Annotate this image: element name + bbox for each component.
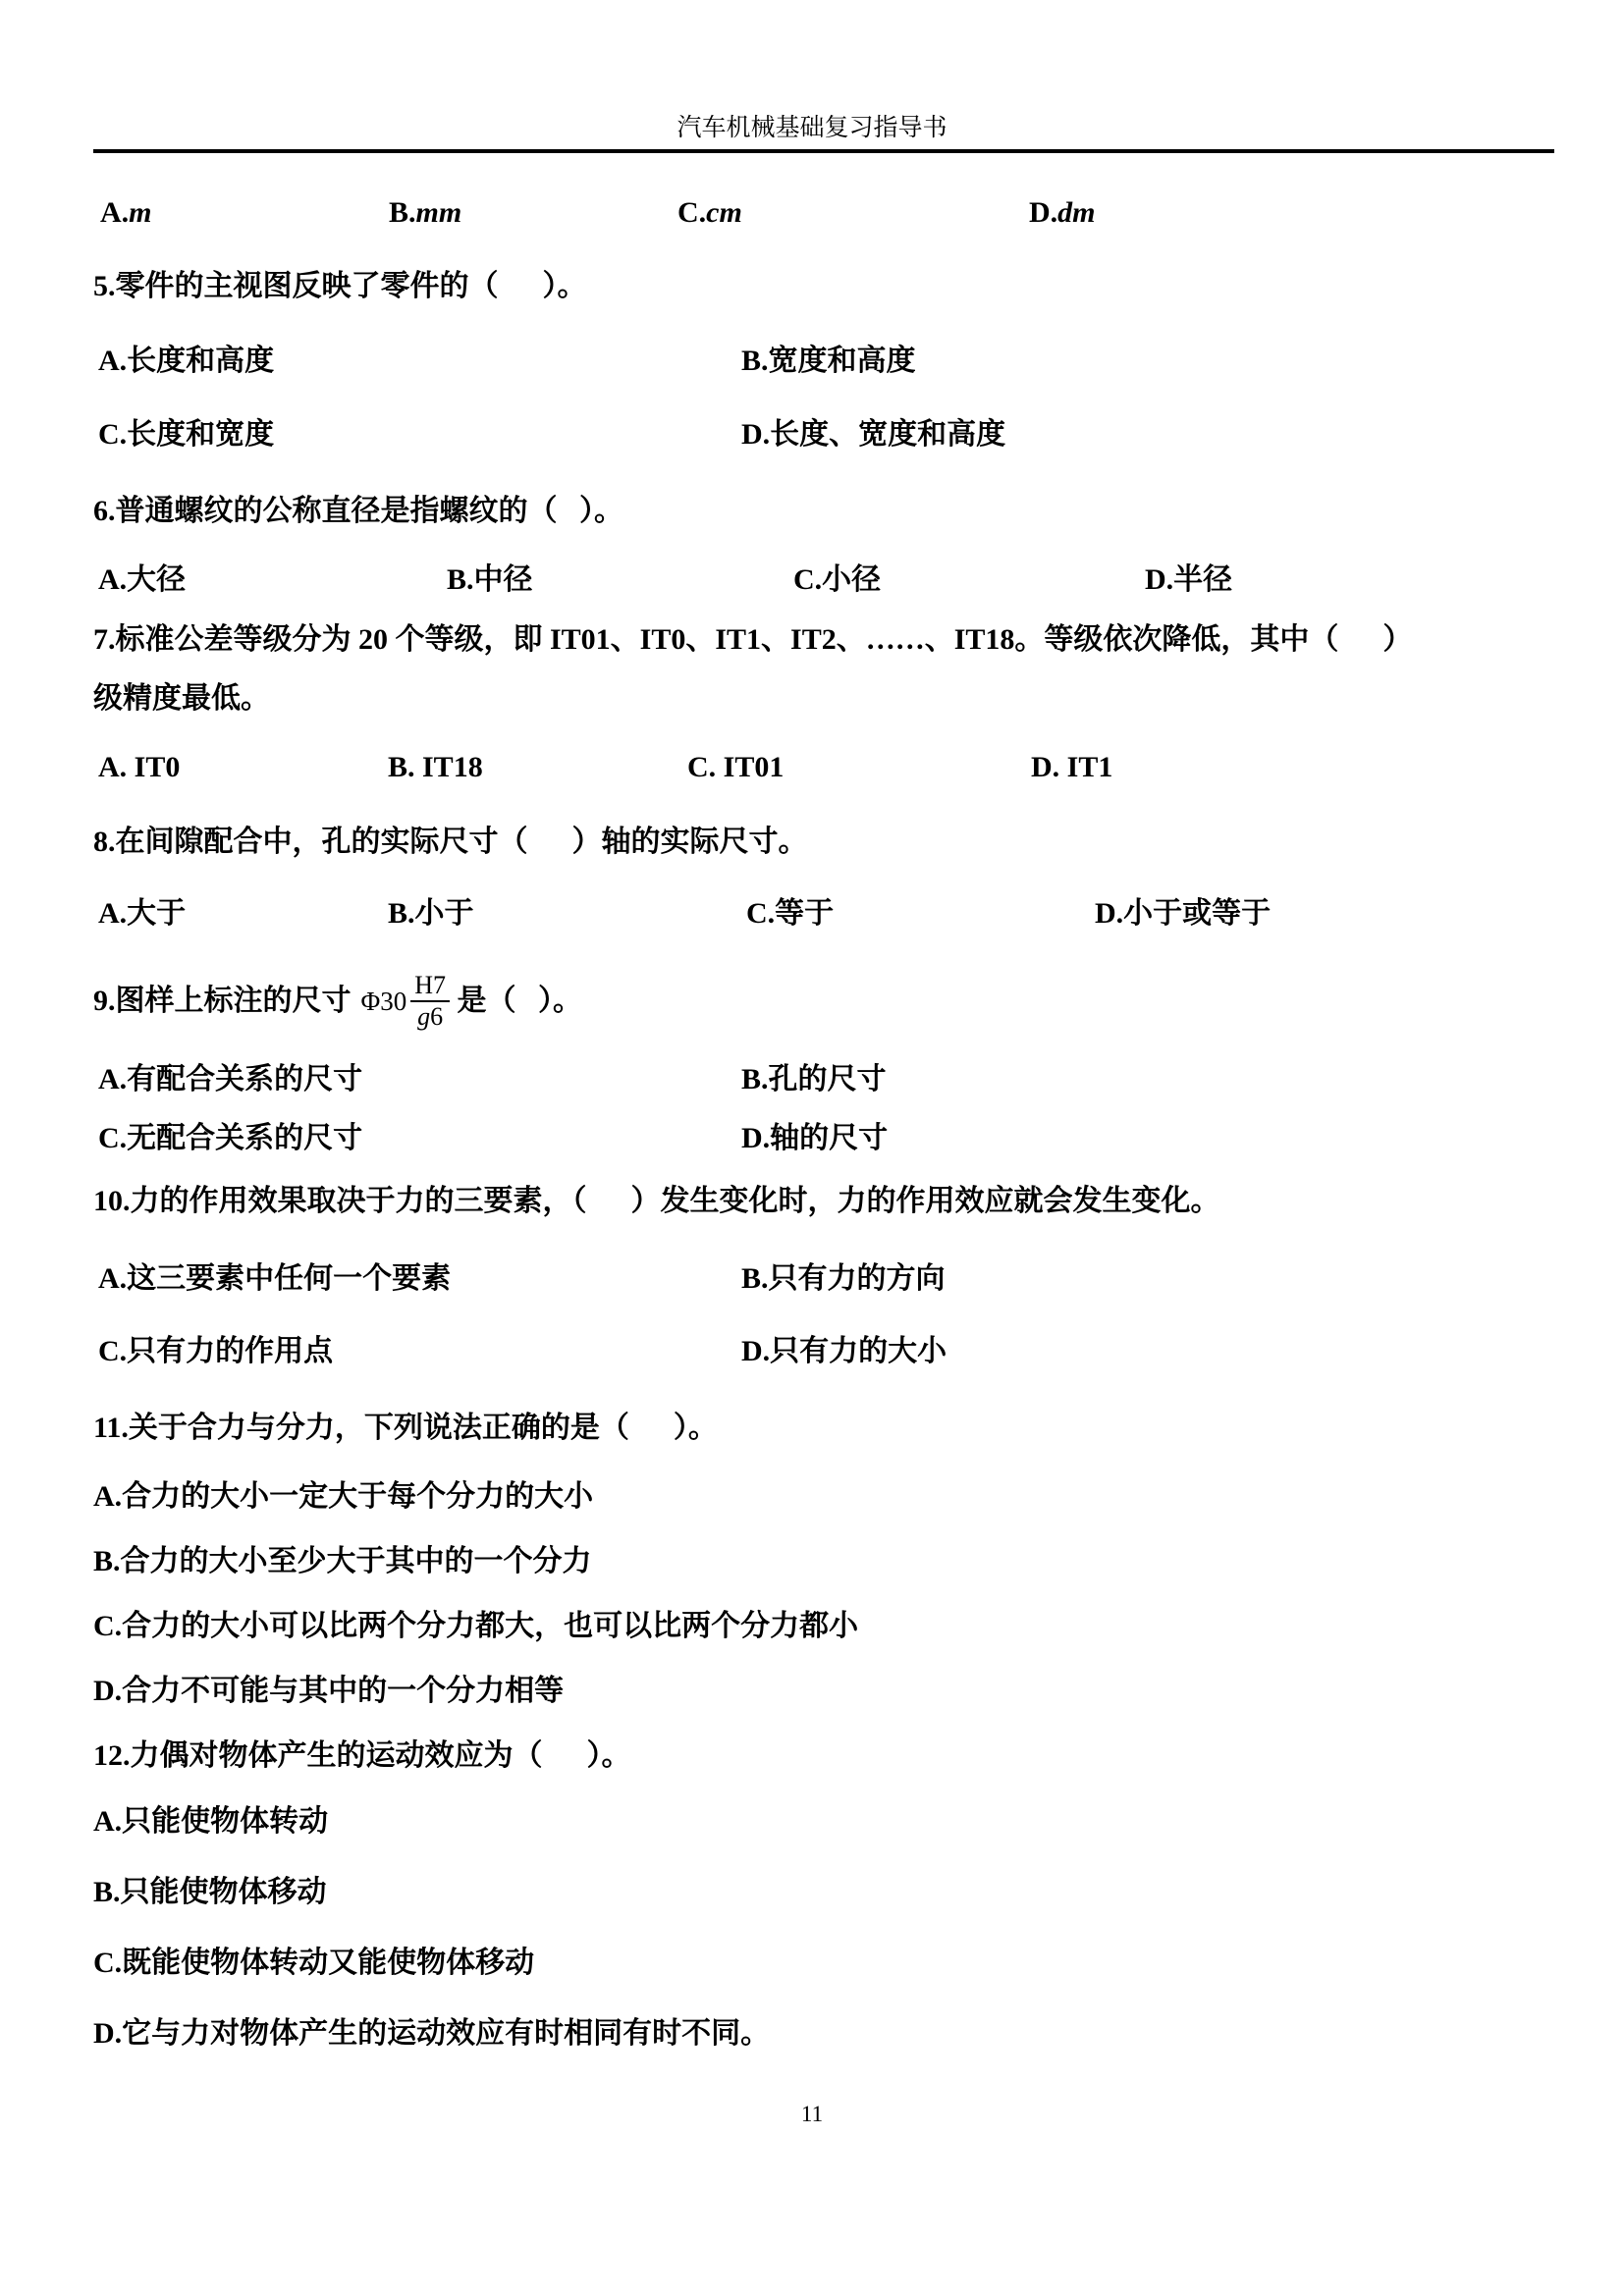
question-11-option-b: B.合力的大小至少大于其中的一个分力 [93, 1542, 592, 1581]
question-11-option-a: A.合力的大小一定大于每个分力的大小 [93, 1477, 593, 1517]
question-12-option-c: C.既能使物体转动又能使物体移动 [93, 1944, 534, 1983]
question-9-fit-fraction: H7 g6 [410, 971, 450, 1032]
question-11-option-c: C.合力的大小可以比两个分力都大，也可以比两个分力都小 [93, 1607, 858, 1646]
option-letter: B. [389, 196, 416, 229]
question-7-option-d: D. IT1 [1031, 748, 1112, 787]
question-12-option-d: D.它与力对物体产生的运动效应有时相同有时不同。 [93, 2014, 770, 2054]
question-7-title-line1: 7.标准公差等级分为 20 个等级，即 IT01、IT0、IT1、IT2、……、… [93, 620, 1412, 660]
question-6-title: 6.普通螺纹的公称直径是指螺纹的（ ）。 [93, 492, 623, 531]
question-10-option-d: D.只有力的大小 [741, 1332, 947, 1371]
question-9-option-d: D.轴的尺寸 [741, 1119, 888, 1158]
option-letter: C. [677, 196, 706, 229]
prev-question-option-c: C.cm [677, 193, 742, 233]
question-8-option-d: D.小于或等于 [1095, 894, 1271, 934]
question-10-option-b: B.只有力的方向 [741, 1259, 946, 1299]
question-8-option-c: C.等于 [746, 894, 834, 934]
header-title: 汽车机械基础复习指导书 [0, 109, 1624, 148]
question-11-option-d: D.合力不可能与其中的一个分力相等 [93, 1672, 564, 1711]
question-10-option-c: C.只有力的作用点 [98, 1332, 333, 1371]
question-11-title: 11.关于合力与分力，下列说法正确的是（ ）。 [93, 1409, 718, 1448]
question-5-option-c: C.长度和宽度 [98, 415, 274, 454]
question-7-option-c: C. IT01 [687, 748, 784, 787]
question-8-option-b: B.小于 [388, 894, 474, 934]
page-number: 11 [0, 2095, 1624, 2134]
question-12-option-b: B.只能使物体移动 [93, 1873, 327, 1912]
question-9-title: 9.图样上标注的尺寸 Φ30 H7 g6 是（ ）。 [93, 965, 582, 1038]
prev-question-option-a: A.m [100, 193, 152, 233]
question-9-option-a: A.有配合关系的尺寸 [98, 1060, 362, 1099]
question-6-option-c: C.小径 [793, 561, 881, 600]
header-rule [93, 149, 1554, 153]
question-5-option-b: B.宽度和高度 [741, 342, 916, 381]
option-unit: mm [416, 196, 462, 229]
question-10-title: 10.力的作用效果取决于力的三要素，（ ）发生变化时，力的作用效应就会发生变化。 [93, 1182, 1220, 1221]
question-8-option-a: A.大于 [98, 894, 186, 934]
question-9-option-c: C.无配合关系的尺寸 [98, 1119, 362, 1158]
question-12-option-a: A.只能使物体转动 [93, 1802, 328, 1842]
document-page: 汽车机械基础复习指导书 A.m B.mm C.cm D.dm 5.零件的主视图反… [0, 0, 1624, 2296]
question-8-title: 8.在间隙配合中，孔的实际尺寸（ ）轴的实际尺寸。 [93, 823, 808, 862]
question-10-option-a: A.这三要素中任何一个要素 [98, 1259, 451, 1299]
question-6-option-a: A.大径 [98, 561, 186, 600]
question-9-title-prefix: 9.图样上标注的尺寸 [93, 982, 352, 1021]
question-5-option-d: D.长度、宽度和高度 [741, 415, 1005, 454]
question-5-option-a: A.长度和高度 [98, 342, 274, 381]
question-9-fraction-numerator: H7 [410, 971, 450, 1002]
question-9-dimension: Φ30 [361, 982, 407, 1021]
option-unit: m [129, 196, 151, 229]
question-9-option-b: B.孔的尺寸 [741, 1060, 887, 1099]
question-7-title-line2: 级精度最低。 [93, 679, 270, 719]
question-9-denominator-letter: g [417, 1002, 430, 1031]
question-9-fraction-denominator: g6 [413, 1002, 447, 1032]
question-9-denominator-digit: 6 [430, 1002, 443, 1031]
question-9-title-suffix: 是（ ）。 [450, 982, 582, 1021]
question-6-option-d: D.半径 [1145, 561, 1232, 600]
option-unit: cm [706, 196, 742, 229]
question-5-title: 5.零件的主视图反映了零件的（ ）。 [93, 267, 587, 306]
question-12-title: 12.力偶对物体产生的运动效应为（ ）。 [93, 1736, 631, 1776]
option-letter: D. [1029, 196, 1057, 229]
question-7-option-b: B. IT18 [388, 748, 483, 787]
question-6-option-b: B.中径 [447, 561, 533, 600]
prev-question-option-b: B.mm [389, 193, 461, 233]
option-unit: dm [1057, 196, 1095, 229]
option-letter: A. [100, 196, 129, 229]
prev-question-option-d: D.dm [1029, 193, 1096, 233]
question-7-option-a: A. IT0 [98, 748, 180, 787]
